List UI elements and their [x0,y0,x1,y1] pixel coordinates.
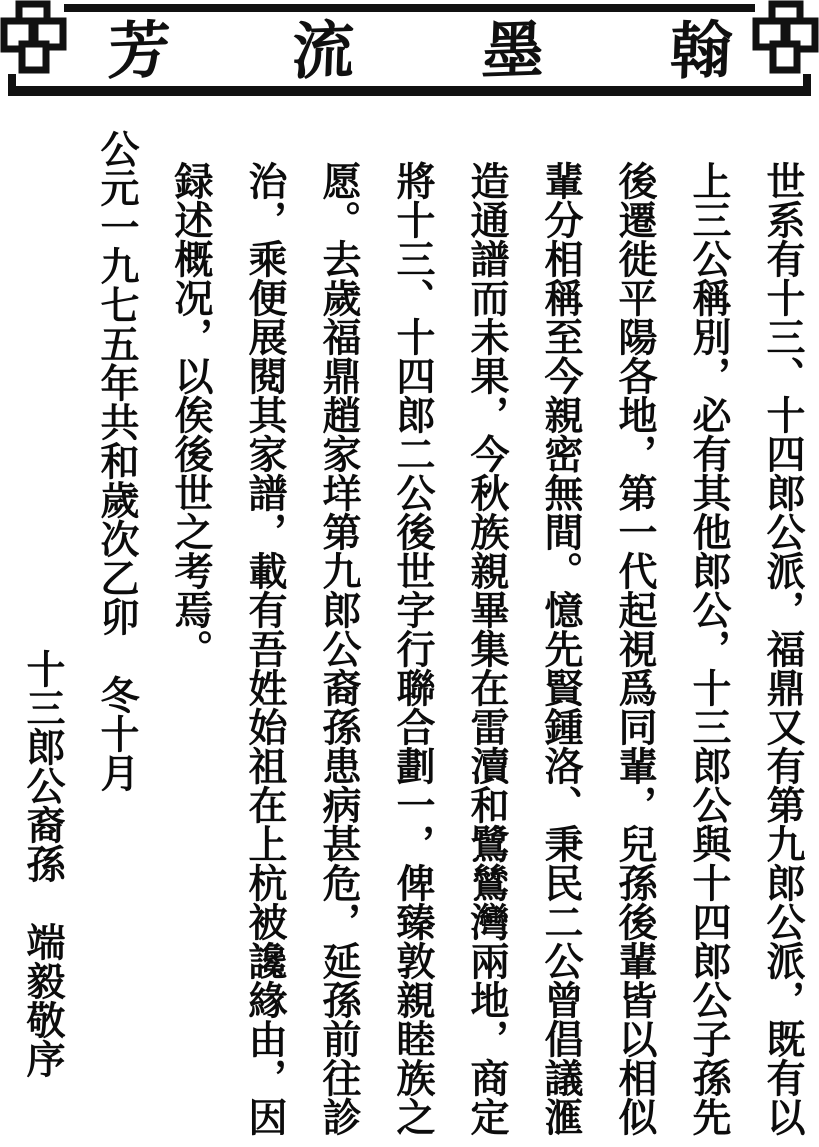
fret-knot-left-ornament-icon [0,0,72,74]
signature-column: 十三郎公裔孫 端毅敬序 [5,125,79,1147]
text-column-2: 上三公稱別，必有其他郎公，十三郎公與十四郎公子孫先 [671,125,745,1147]
text-columns: 世系有十三、十四郎公派，福鼎又有第九郎公派，既有以 上三公稱別，必有其他郎公，十… [5,125,819,1147]
text-column-8: 治，乘便展閱其家譜，載有吾姓始祖在上杭被讒緣由，因 [227,125,301,1147]
text-column-3: 後遷徙平陽各地，第一代起視爲同輩，兒孫後輩皆以相似 [597,125,671,1147]
text-column-4: 輩分相稱至今親密無間。憶先賢鍾洛、秉民二公曾倡議滙 [523,125,597,1147]
title-char-fang: 芳 [93,18,185,85]
text-column-7: 愿。去歲福鼎趙家垟第九郎公裔孫患病甚危，延孫前往診 [301,125,375,1147]
genealogy-preface-page: { "page": { "background": "#ffffff", "in… [0,0,819,1147]
date-column: 公元一九七五年共和歲次乙卯 冬十月 [79,125,153,1147]
header-band: 芳 流 墨 翰 [8,4,811,96]
text-column-9: 録述概况，以俟後世之考焉。 [153,125,227,1147]
text-column-5: 造通譜而未果，今秋族親畢集在雷瀆和鷺鷥灣兩地，商定 [449,125,523,1147]
title-char-mo: 墨 [467,18,559,85]
fret-knot-right-ornament-icon [747,0,819,74]
title-char-han: 翰 [655,18,747,85]
text-column-6: 將十三、十四郎二公後世字行聯合劃一，俾臻敦親睦族之 [375,125,449,1147]
title-char-liu: 流 [277,18,369,85]
text-column-1: 世系有十三、十四郎公派，福鼎又有第九郎公派，既有以 [745,125,819,1147]
